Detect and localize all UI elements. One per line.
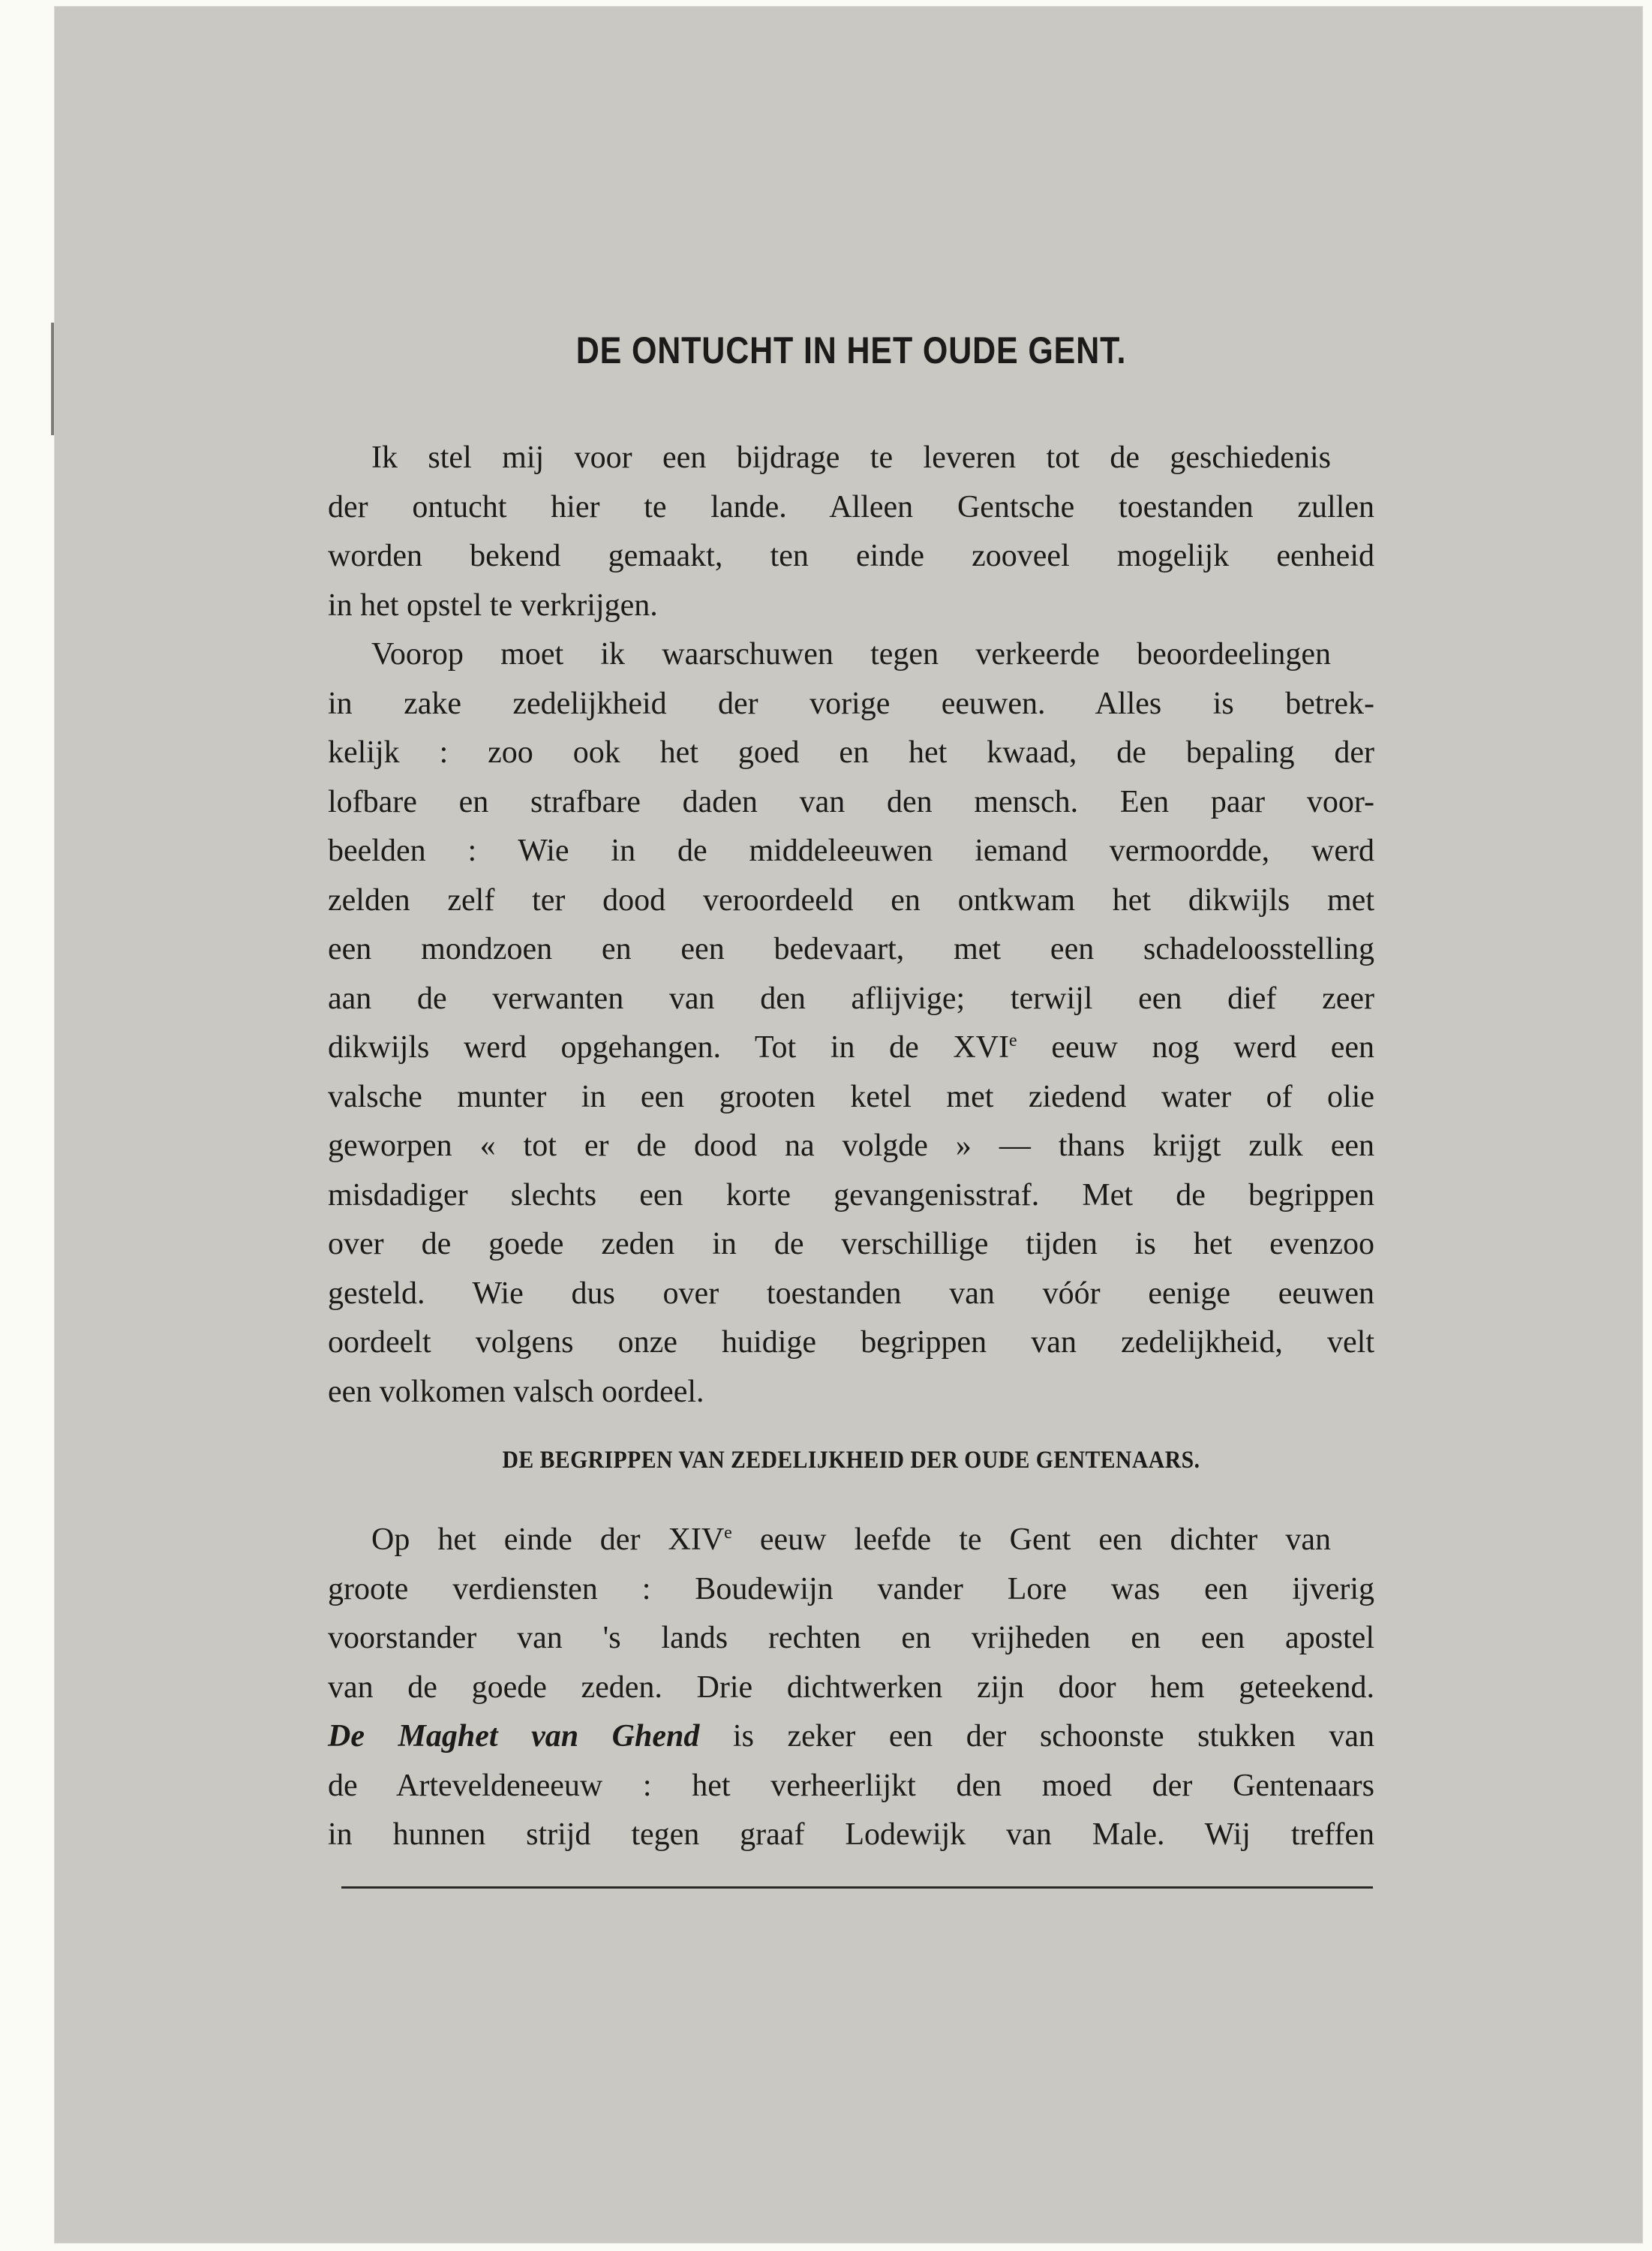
text-line: misdadiger slechts een korte gevangeniss…	[328, 1171, 1374, 1221]
text-line: de Arteveldeneeuw : het verheerlijkt den…	[328, 1762, 1374, 1811]
text-line: aan de verwanten van den aflijvige; terw…	[328, 975, 1374, 1024]
text-line: Op het einde der XIVe eeuw leefde te Gen…	[328, 1516, 1374, 1565]
text-line: De Maghet van Ghend is zeker een der sch…	[328, 1712, 1374, 1762]
paragraph-vander-lore: Op het einde der XIVe eeuw leefde te Gen…	[328, 1516, 1374, 1860]
text-line: Ik stel mij voor een bijdrage te leveren…	[328, 434, 1374, 483]
text-line: geworpen « tot er de dood na volgde » — …	[328, 1122, 1374, 1171]
text-line: in het opstel te verkrijgen.	[328, 582, 1374, 631]
text-line: lofbare en strafbare daden van den mensc…	[328, 778, 1374, 828]
text-line: in zake zedelijkheid der vorige eeuwen. …	[328, 680, 1374, 729]
text-line: Voorop moet ik waarschuwen tegen verkeer…	[328, 630, 1374, 680]
superscript: e	[724, 1523, 732, 1543]
text-line: valsche munter in een grooten ketel met …	[328, 1073, 1374, 1122]
text-line: der ontucht hier te lande. Alleen Gentsc…	[328, 483, 1374, 533]
text-line: van de goede zeden. Drie dichtwerken zij…	[328, 1663, 1374, 1713]
document-title: DE ONTUCHT IN HET OUDE GENT.	[401, 329, 1302, 372]
text-line: gesteld. Wie dus over toestanden van vóó…	[328, 1270, 1374, 1319]
text-line: dikwijls werd opgehangen. Tot in de XVIe…	[328, 1023, 1374, 1073]
paragraph-intro: Ik stel mij voor een bijdrage te leveren…	[328, 434, 1374, 630]
text-line: een mondzoen en een bedevaart, met een s…	[328, 925, 1374, 975]
text-line: een volkomen valsch oordeel.	[328, 1368, 1374, 1417]
text-line: beelden : Wie in de middeleeuwen iemand …	[328, 827, 1374, 876]
superscript: e	[1009, 1031, 1017, 1050]
text-line: zelden zelf ter dood veroordeeld en ontk…	[328, 876, 1374, 926]
footer-rule	[341, 1886, 1373, 1889]
text-line: in hunnen strijd tegen graaf Lodewijk va…	[328, 1811, 1374, 1860]
text-line: oordeelt volgens onze huidige begrippen …	[328, 1318, 1374, 1368]
text-line: worden bekend gemaakt, ten einde zooveel…	[328, 532, 1374, 582]
text-line: kelijk : zoo ook het goed en het kwaad, …	[328, 729, 1374, 778]
binding-edge-mark	[51, 323, 54, 435]
italic-work-title: De Maghet van Ghend	[328, 1719, 699, 1754]
text-line: voorstander van 's lands rechten en vrij…	[328, 1614, 1374, 1663]
text-line: over de goede zeden in de verschillige t…	[328, 1220, 1374, 1270]
text-line: groote verdiensten : Boudewijn vander Lo…	[328, 1565, 1374, 1615]
section-heading: DE BEGRIPPEN VAN ZEDELIJKHEID DER OUDE G…	[380, 1447, 1323, 1474]
paragraph-warning: Voorop moet ik waarschuwen tegen verkeer…	[328, 630, 1374, 1417]
